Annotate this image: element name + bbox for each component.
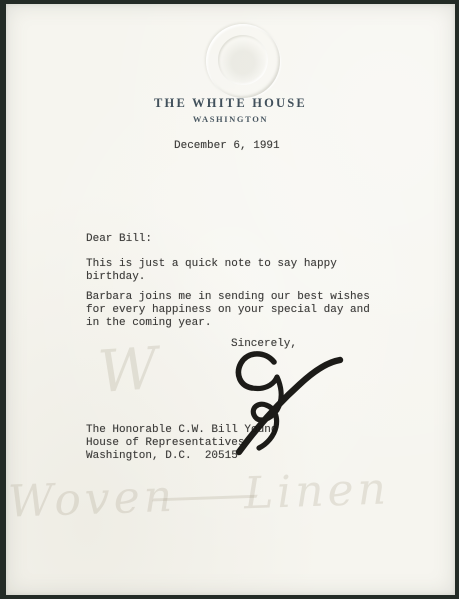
letterhead-subtitle: WASHINGTON (6, 114, 455, 124)
letter-scan: W Woven—Linen THE WHITE HOUSE WASHINGTON… (0, 0, 459, 599)
salutation: Dear Bill: (86, 233, 152, 246)
letterhead-title: THE WHITE HOUSE (6, 96, 455, 111)
date-line: December 6, 1991 (174, 140, 280, 153)
watermark-letter: W (96, 334, 160, 406)
watermark-woven-linen: Woven—Linen (7, 463, 391, 527)
watermark-dash: — (147, 467, 274, 522)
body-paragraph-1: This is just a quick note to say happy b… (86, 258, 337, 284)
body-paragraph-2: Barbara joins me in sending our best wis… (86, 291, 370, 330)
letter-paper: W Woven—Linen THE WHITE HOUSE WASHINGTON… (6, 4, 455, 595)
presidential-seal-inner-emboss (218, 35, 268, 85)
presidential-seal-emboss (206, 24, 280, 98)
signature-autograph (226, 348, 351, 460)
